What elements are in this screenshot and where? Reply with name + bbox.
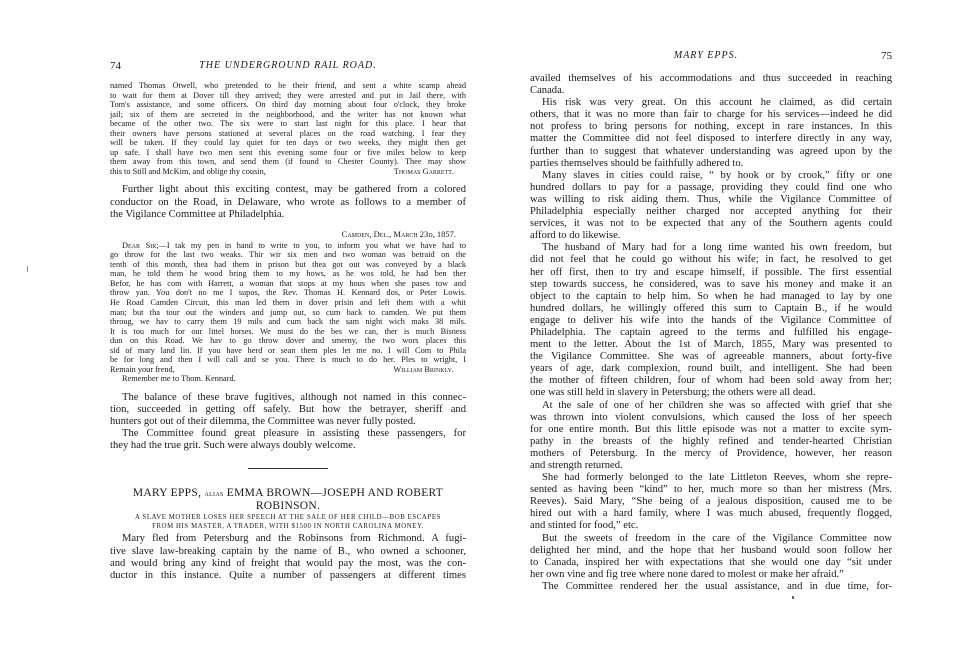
running-head-title: MARY EPPS.	[520, 50, 892, 61]
text-line: the mother of fifteen children, four of …	[530, 375, 892, 387]
text-line: Many slaves in cities could raise, “ by …	[530, 170, 892, 182]
text-line: engage to deliver his wife into the hand…	[530, 315, 892, 327]
letter-line: Dear Sir;—I tak my pen in hand to write …	[110, 241, 466, 251]
text-line: The Committee rendered her the usual ass…	[530, 581, 892, 593]
text-line: hired out with a hard family, where I wa…	[530, 508, 892, 520]
paragraph: The husband of Mary had for a long time …	[530, 242, 892, 399]
letter-signoff: this to Still and McKim, and oblige thy …	[110, 167, 466, 177]
paragraph: But the sweets of freedom in the care of…	[530, 533, 892, 581]
text-line: and stinted for food,” etc.	[530, 520, 892, 532]
paragraph: At the sale of one of her children she w…	[530, 400, 892, 473]
scan-mark	[27, 266, 28, 272]
text-line: years of age, dark complexion, round bui…	[530, 363, 892, 375]
letter-line: became of the other two. The six were to…	[110, 119, 466, 129]
paragraph: His risk was very great. On this account…	[530, 97, 892, 170]
text-line: for one entire month. But this little ep…	[530, 424, 892, 436]
text-line: her own vine and fig tree where none dar…	[530, 569, 892, 581]
text-line: others, that it was no more than fair to…	[530, 109, 892, 121]
letter-dateline: Camden, Del., March 23d, 1857.	[110, 229, 466, 239]
chapter-title: MARY EPPS, alias EMMA BROWN—JOSEPH AND R…	[110, 487, 466, 512]
letter-closing: this to Still and McKim, and oblige thy …	[110, 167, 266, 177]
page-body: named Thomas Otwell, who pretended to be…	[110, 81, 466, 582]
text-line: ment to the letter. About the 1st of Mar…	[530, 339, 892, 351]
text-line: sented as having been “kind” to her, muc…	[530, 484, 892, 496]
section-divider	[248, 468, 328, 469]
letter-closing: Remain your frend,	[110, 365, 175, 375]
letter-salutation: Dear Sir;	[122, 241, 159, 250]
text-line: services, it was not to be expected that…	[530, 218, 892, 230]
text-line: further than to suggest that whatever un…	[530, 146, 892, 158]
text-line: matter the Committee did not feel dispos…	[530, 133, 892, 145]
paragraph-mary-fled: Mary fled from Petersburg and the Robins…	[110, 533, 466, 581]
text-line: the Vigilance Committee. She was of agre…	[530, 351, 892, 363]
text-line: His risk was very great. On this account…	[530, 97, 892, 109]
text-line: Reeves). Said Mary, “She being of a jeal…	[530, 496, 892, 508]
text-line: The husband of Mary had for a long time …	[530, 242, 892, 254]
letter-line: jail; six of them are secreted in the ne…	[110, 110, 466, 120]
text-line: She had formerly belonged to the late Li…	[530, 472, 892, 484]
letter-line: up safe. I shall have two men sent this …	[110, 148, 466, 158]
text-line: mothers of Petersburg. In the mercy of P…	[530, 448, 892, 460]
letter-signoff: Remain your frend, William Brinkly.	[110, 365, 466, 375]
letter-line: their owners have persons stationed at s…	[110, 129, 466, 139]
text-line: not profess to bring persons for nothing…	[530, 121, 892, 133]
letter-brinkly: Camden, Del., March 23d, 1857. Dear Sir;…	[110, 229, 466, 384]
paragraph: availed themselves of his accommodations…	[530, 73, 892, 97]
text-line: But the sweets of freedom in the care of…	[530, 533, 892, 545]
letter-garrett: named Thomas Otwell, who pretended to be…	[110, 81, 466, 176]
scan-speck	[792, 596, 794, 599]
page-body: availed themselves of his accommodations…	[530, 73, 892, 593]
chapter-subtitle: A SLAVE MOTHER LOSES HER SPEECH AT THE S…	[110, 514, 466, 531]
paragraph: She had formerly belonged to the late Li…	[530, 472, 892, 532]
text-line: hundred dollars to pay for a passage, pr…	[530, 182, 892, 194]
text-line: pathy in the breasts of the highly refin…	[530, 436, 892, 448]
running-head: 74 THE UNDERGROUND RAIL ROAD.	[110, 60, 466, 74]
page-number: 75	[881, 50, 892, 62]
text-line: her off first, then to try and escape hi…	[530, 267, 892, 279]
text-line: did not feel that he could go without hi…	[530, 254, 892, 266]
paragraph-further-light: Further light about this exciting contes…	[110, 184, 466, 220]
letter-signature: Thomas Garrett.	[394, 167, 466, 177]
text-line: was willing to risk aiding them. Thus, w…	[530, 194, 892, 206]
text-line: was thrown into violent convulsions, whi…	[530, 412, 892, 424]
text-line: Canada.	[530, 85, 892, 97]
letter-line: Tom's assistance, and some officers. On …	[110, 100, 466, 110]
text-line: hundred dollars, he willingly offered th…	[530, 303, 892, 315]
running-head-title: THE UNDERGROUND RAIL ROAD.	[110, 60, 466, 71]
letter-line: to wait for them at Dover till they arri…	[110, 91, 466, 101]
text-line: Philadelphia especially neither charged …	[530, 206, 892, 218]
text-line: At the sale of one of her children she w…	[530, 400, 892, 412]
text-line: step towards success, he considered, was…	[530, 279, 892, 291]
text-line: Philadelphia. The captain agreed to the …	[530, 327, 892, 339]
letter-line: named Thomas Otwell, who pretended to be…	[110, 81, 466, 91]
text-line: one was still held in slavery in Petersb…	[530, 387, 892, 399]
text-line: delighted her mind, and the hope that he…	[530, 545, 892, 557]
text-line: availed themselves of his accommodations…	[530, 73, 892, 85]
paragraph: The Committee rendered her the usual ass…	[530, 581, 892, 593]
letter-signature: William Brinkly.	[393, 365, 466, 375]
text-line: parties themselves should be faithfully …	[530, 158, 892, 170]
text-line: to Canada, inspired her with expectation…	[530, 557, 892, 569]
text-line: and strength returned.	[530, 460, 892, 472]
letter-line: will be taken. If they could lay quiet f…	[110, 138, 466, 148]
text-line: object to the captain to help him. So wh…	[530, 291, 892, 303]
chapter-title-alias: alias	[204, 488, 223, 498]
paragraph-pleasure: The Committee found great pleasure in as…	[110, 428, 466, 452]
paragraph-balance: The balance of these brave fugitives, al…	[110, 392, 466, 428]
letter-line: them away from this town, and send them …	[110, 157, 466, 167]
text-line: afford to do likewise.	[530, 230, 892, 242]
letter-postscript: Remember me to Thom. Kennard.	[110, 374, 466, 384]
running-head: MARY EPPS. 75	[530, 50, 892, 64]
paragraph: Many slaves in cities could raise, “ by …	[530, 170, 892, 243]
